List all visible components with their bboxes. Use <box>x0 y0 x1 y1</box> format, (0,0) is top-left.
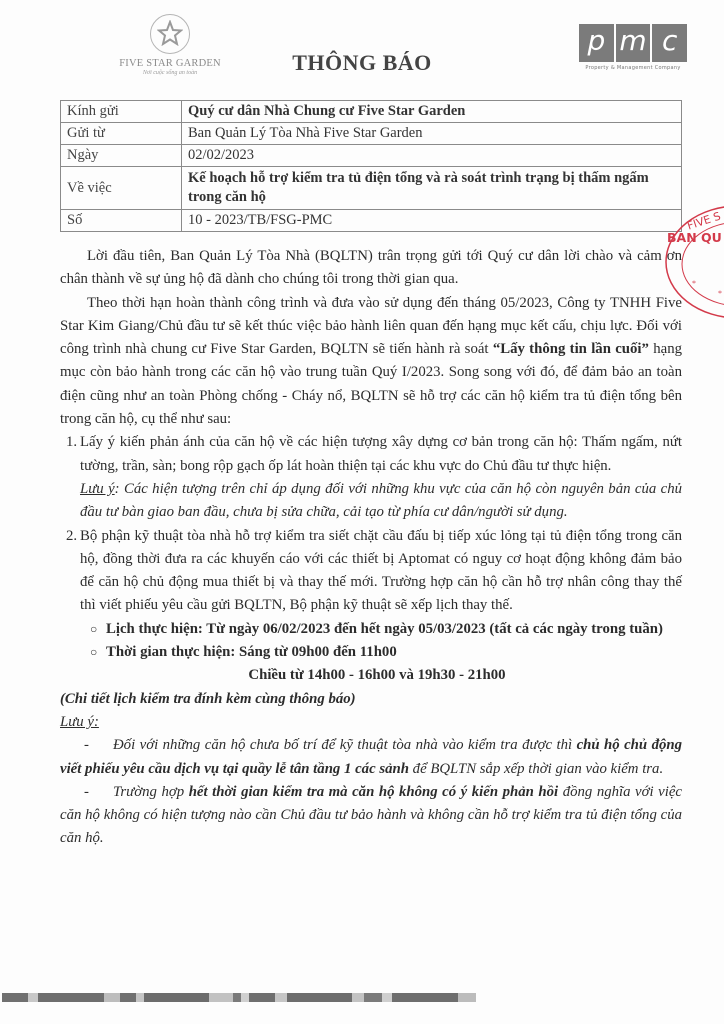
note-text: : Các hiện tượng trên chỉ áp dụng đối vớ… <box>80 481 682 520</box>
note-heading: Lưu ý: <box>60 711 682 734</box>
note-text: Đối với những căn hộ chưa bố trí để kỹ t… <box>113 737 577 753</box>
list-item-note: Lưu ý: Các hiện tượng trên chỉ áp dụng đ… <box>80 478 682 525</box>
highlight-text: “Lấy thông tin lần cuối” <box>493 341 649 357</box>
pmc-subtitle: Property & Management Company <box>579 65 687 71</box>
row-label: Ngày <box>61 145 182 167</box>
pmc-letter-c: c <box>652 24 687 62</box>
scan-footer-bar <box>2 993 505 1002</box>
row-label: Về việc <box>61 167 182 210</box>
note-text: Trường hợp <box>113 784 189 800</box>
svg-text:*: * <box>692 279 696 288</box>
table-row: Ngày 02/02/2023 <box>61 145 682 167</box>
row-label: Gửi từ <box>61 123 182 145</box>
list-item-text: Lấy ý kiến phản ánh của căn hộ về các hi… <box>80 431 682 478</box>
schedule-afternoon: Chiều từ 14h00 - 16h00 và 19h30 - 21h00 <box>60 664 682 687</box>
row-label: Số <box>61 210 182 232</box>
star-logo-icon <box>150 14 190 54</box>
row-value: Kế hoạch hỗ trợ kiểm tra tủ điện tổng và… <box>182 167 682 210</box>
row-value: Ban Quản Lý Tòa Nhà Five Star Garden <box>182 123 682 145</box>
row-value: 02/02/2023 <box>182 145 682 167</box>
schedule-dates: ○ Lịch thực hiện: Từ ngày 06/02/2023 đến… <box>60 618 682 641</box>
table-row: Gửi từ Ban Quản Lý Tòa Nhà Five Star Gar… <box>61 123 682 145</box>
context-paragraph: Theo thời hạn hoàn thành công trình và đ… <box>60 292 682 432</box>
note-bold-text: hết thời gian kiểm tra mà căn hộ không c… <box>189 784 558 800</box>
list-number: 2. <box>66 525 77 548</box>
schedule-morning-text: Thời gian thực hiện: Sáng từ 09h00 đến 1… <box>106 644 397 660</box>
list-item-1: 1. Lấy ý kiến phản ánh của căn hộ về các… <box>60 431 682 524</box>
schedule-dates-text: Lịch thực hiện: Từ ngày 06/02/2023 đến h… <box>106 621 663 637</box>
table-row: Số 10 - 2023/TB/FSG-PMC <box>61 210 682 232</box>
row-label: Kính gửi <box>61 101 182 123</box>
svg-text:*: * <box>718 289 722 298</box>
schedule-times: ○ Thời gian thực hiện: Sáng từ 09h00 đến… <box>60 641 682 664</box>
note-item-2: -Trường hợp hết thời gian kiểm tra mà că… <box>60 781 682 851</box>
dash-bullet: - <box>60 734 113 757</box>
list-item-text: Bộ phận kỹ thuật tòa nhà hỗ trợ kiểm tra… <box>80 525 682 618</box>
table-row: Về việc Kế hoạch hỗ trợ kiểm tra tủ điện… <box>61 167 682 210</box>
row-value: Quý cư dân Nhà Chung cư Five Star Garden <box>182 101 682 123</box>
intro-paragraph: Lời đầu tiên, Ban Quản Lý Tòa Nhà (BQLTN… <box>60 245 682 292</box>
list-number: 1. <box>66 431 77 454</box>
stamp-center-text: BAN QU <box>667 230 722 245</box>
circle-bullet-icon: ○ <box>90 618 97 641</box>
note-text-cont: để BQLTN sắp xếp thời gian vào kiểm tra. <box>409 761 663 777</box>
list-item-2: 2. Bộ phận kỹ thuật tòa nhà hỗ trợ kiểm … <box>60 525 682 618</box>
document-body: Lời đầu tiên, Ban Quản Lý Tòa Nhà (BQLTN… <box>60 245 682 851</box>
info-table: Kính gửi Quý cư dân Nhà Chung cư Five St… <box>60 100 682 232</box>
row-value: 10 - 2023/TB/FSG-PMC <box>182 210 682 232</box>
dash-bullet: - <box>60 781 113 804</box>
pmc-letter-m: m <box>616 24 651 62</box>
pmc-letter-p: p <box>579 24 614 62</box>
note-item-1: -Đối với những căn hộ chưa bố trí để kỹ … <box>60 734 682 781</box>
attachment-note: (Chi tiết lịch kiểm tra đính kèm cùng th… <box>60 688 682 711</box>
circle-bullet-icon: ○ <box>90 641 97 664</box>
note-label: Lưu ý <box>80 481 115 497</box>
pmc-logo: p m c Property & Management Company <box>579 24 687 71</box>
document-page: FIVE STAR GARDEN Nơi cuộc sống an toàn T… <box>0 0 724 1024</box>
table-row: Kính gửi Quý cư dân Nhà Chung cư Five St… <box>61 101 682 123</box>
